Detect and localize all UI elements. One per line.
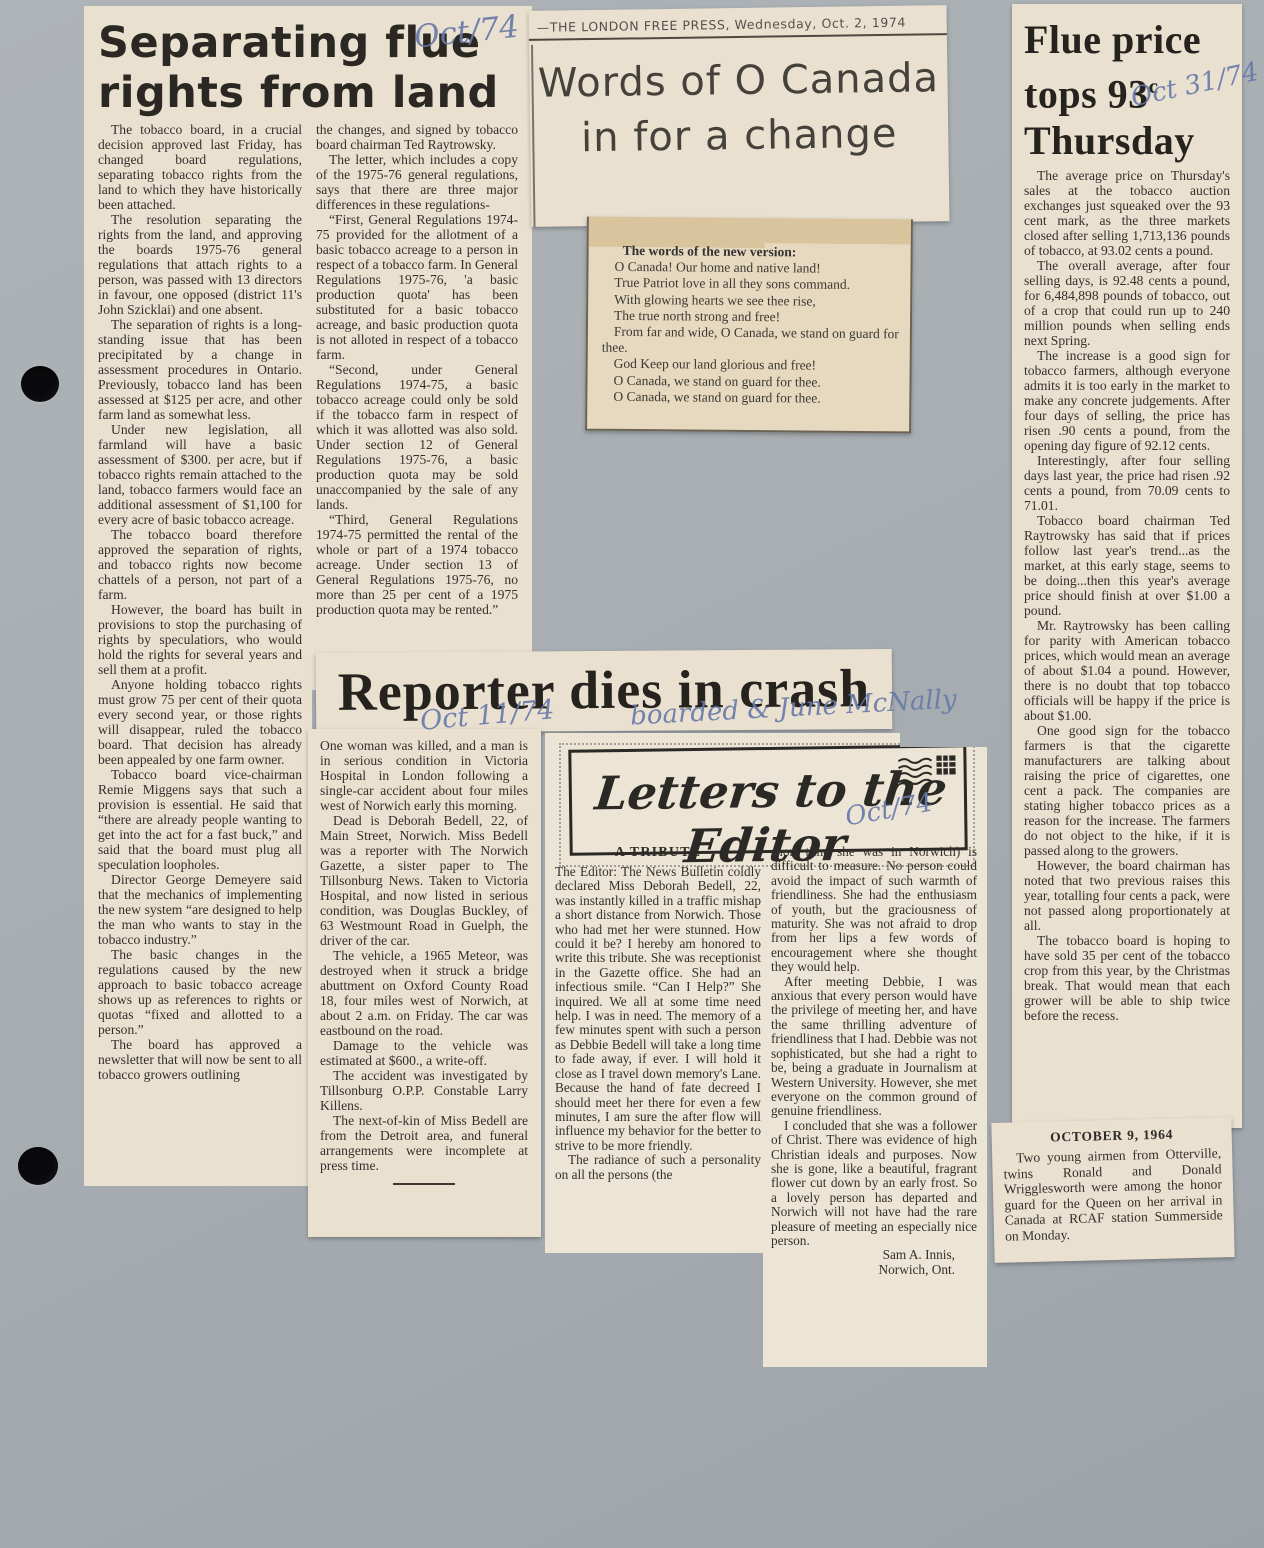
- article-paragraph: Mr. Raytrowsky has been calling for pari…: [1024, 618, 1230, 723]
- clipping-letters-to-editor: Letters to the Editor A TRIBUTE The Edit…: [545, 733, 987, 1367]
- article-body: One woman was killed, and a man is in se…: [320, 738, 528, 1185]
- article-paragraph: One good sign for the tobacco farmers is…: [1024, 723, 1230, 858]
- letter-signature-name: Sam A. Innis,: [771, 1248, 977, 1262]
- letter-signature-place: Norwich, Ont.: [771, 1263, 977, 1277]
- article-paragraph: Interestingly, after four selling days l…: [1024, 453, 1230, 513]
- article-paragraph: Tobacco board chairman Ted Raytrowsky ha…: [1024, 513, 1230, 618]
- article-paragraph: Two young airmen from Otterville, twins …: [1003, 1145, 1223, 1244]
- article-column-2: the changes, and signed by tobacco board…: [316, 122, 518, 617]
- article-end-rule: [393, 1183, 455, 1185]
- letter-paragraph: After meeting Debbie, I was anxious that…: [771, 975, 977, 1119]
- article-paragraph: Damage to the vehicle was estimated at $…: [320, 1038, 528, 1068]
- clipping-reporter-body: One woman was killed, and a man is in se…: [308, 729, 541, 1237]
- clipping-o-canada-lyrics: The words of the new version: O Canada! …: [585, 217, 913, 434]
- article-paragraph: The letter, which includes a copy of the…: [316, 152, 518, 212]
- article-paragraph: “First, General Regulations 1974-75 prov…: [316, 212, 518, 362]
- article-paragraph: “Third, General Regulations 1974-75 perm…: [316, 512, 518, 617]
- tape-strip: [765, 218, 911, 244]
- article-paragraph: The separation of rights is a long-stand…: [98, 317, 302, 422]
- letter-paragraph: short time she was in Norwich) is diffic…: [771, 845, 977, 975]
- article-paragraph: The board has approved a newsletter that…: [98, 1037, 302, 1082]
- poem-text: The words of the new version: O Canada! …: [601, 243, 900, 408]
- newspaper-masthead: —THE LONDON FREE PRESS, Wednesday, Oct. …: [529, 5, 947, 41]
- article-paragraph: The increase is a good sign for tobacco …: [1024, 348, 1230, 453]
- article-paragraph: However, the board chairman has noted th…: [1024, 858, 1230, 933]
- article-paragraph: The tobacco board, in a crucial decision…: [98, 122, 302, 212]
- article-column-1: The tobacco board, in a crucial decision…: [98, 122, 302, 1082]
- article-paragraph: The basic changes in the regulations cau…: [98, 947, 302, 1037]
- article-paragraph: Under new legislation, all farmland will…: [98, 422, 302, 527]
- poem-line: From far and wide, O Canada, we stand on…: [602, 324, 900, 359]
- scrapbook-page: Separating flue rights from land The tob…: [0, 0, 1264, 1548]
- article-paragraph: One woman was killed, and a man is in se…: [320, 738, 528, 813]
- clipping-airmen: OCTOBER 9, 1964 Two young airmen from Ot…: [991, 1117, 1234, 1263]
- article-paragraph: the changes, and signed by tobacco board…: [316, 122, 518, 152]
- hole-punch-bottom: [18, 1147, 58, 1185]
- article-paragraph: The next-of-kin of Miss Bedell are from …: [320, 1113, 528, 1173]
- article-headline: Words of O Canada in for a change: [529, 51, 948, 167]
- article-paragraph: However, the board has built in provisio…: [98, 602, 302, 677]
- article-paragraph: The tobacco board therefore approved the…: [98, 527, 302, 602]
- title-line: Thursday: [1024, 117, 1234, 164]
- letter-paragraph: I concluded that she was a follower of C…: [771, 1119, 977, 1249]
- title-line: Flue price: [1024, 16, 1234, 63]
- letter-paragraph: The radiance of such a personality on al…: [555, 1153, 761, 1182]
- article-paragraph: Director George Demeyere said that the m…: [98, 872, 302, 947]
- article-paragraph: “Second, under General Regulations 1974-…: [316, 362, 518, 512]
- article-paragraph: Tobacco board vice-chairman Remie Miggen…: [98, 767, 302, 872]
- article-body: The average price on Thursday's sales at…: [1024, 168, 1230, 1023]
- article-paragraph: Anyone holding tobacco rights must grow …: [98, 677, 302, 767]
- article-body: Two young airmen from Otterville, twins …: [1003, 1145, 1223, 1244]
- title-line: rights from land: [98, 68, 528, 118]
- article-paragraph: The average price on Thursday's sales at…: [1024, 168, 1230, 258]
- letter-heading: A TRIBUTE: [555, 845, 761, 861]
- letter-column-2: short time she was in Norwich) is diffic…: [771, 845, 977, 1277]
- article-paragraph: The overall average, after four selling …: [1024, 258, 1230, 348]
- article-paragraph: Dead is Deborah Bedell, 22, of Main Stre…: [320, 813, 528, 948]
- article-paragraph: The resolution separating the rights fro…: [98, 212, 302, 317]
- poem-line: O Canada, we stand on guard for thee.: [601, 389, 899, 408]
- letter-column-1: The Editor: The News Bulletin coldly dec…: [555, 865, 761, 1182]
- article-paragraph: The vehicle, a 1965 Meteor, was destroye…: [320, 948, 528, 1038]
- article-paragraph: The accident was investigated by Tillson…: [320, 1068, 528, 1113]
- letter-paragraph: The Editor: The News Bulletin coldly dec…: [555, 865, 761, 1153]
- clipping-flue-price: Flue price tops 93c Thursday The average…: [1012, 4, 1242, 1128]
- hole-punch-top: [21, 366, 59, 402]
- article-dateline-heading: OCTOBER 9, 1964: [991, 1117, 1232, 1147]
- article-paragraph: The tobacco board is hoping to have sold…: [1024, 933, 1230, 1023]
- clipping-o-canada-headline: —THE LONDON FREE PRESS, Wednesday, Oct. …: [529, 5, 950, 227]
